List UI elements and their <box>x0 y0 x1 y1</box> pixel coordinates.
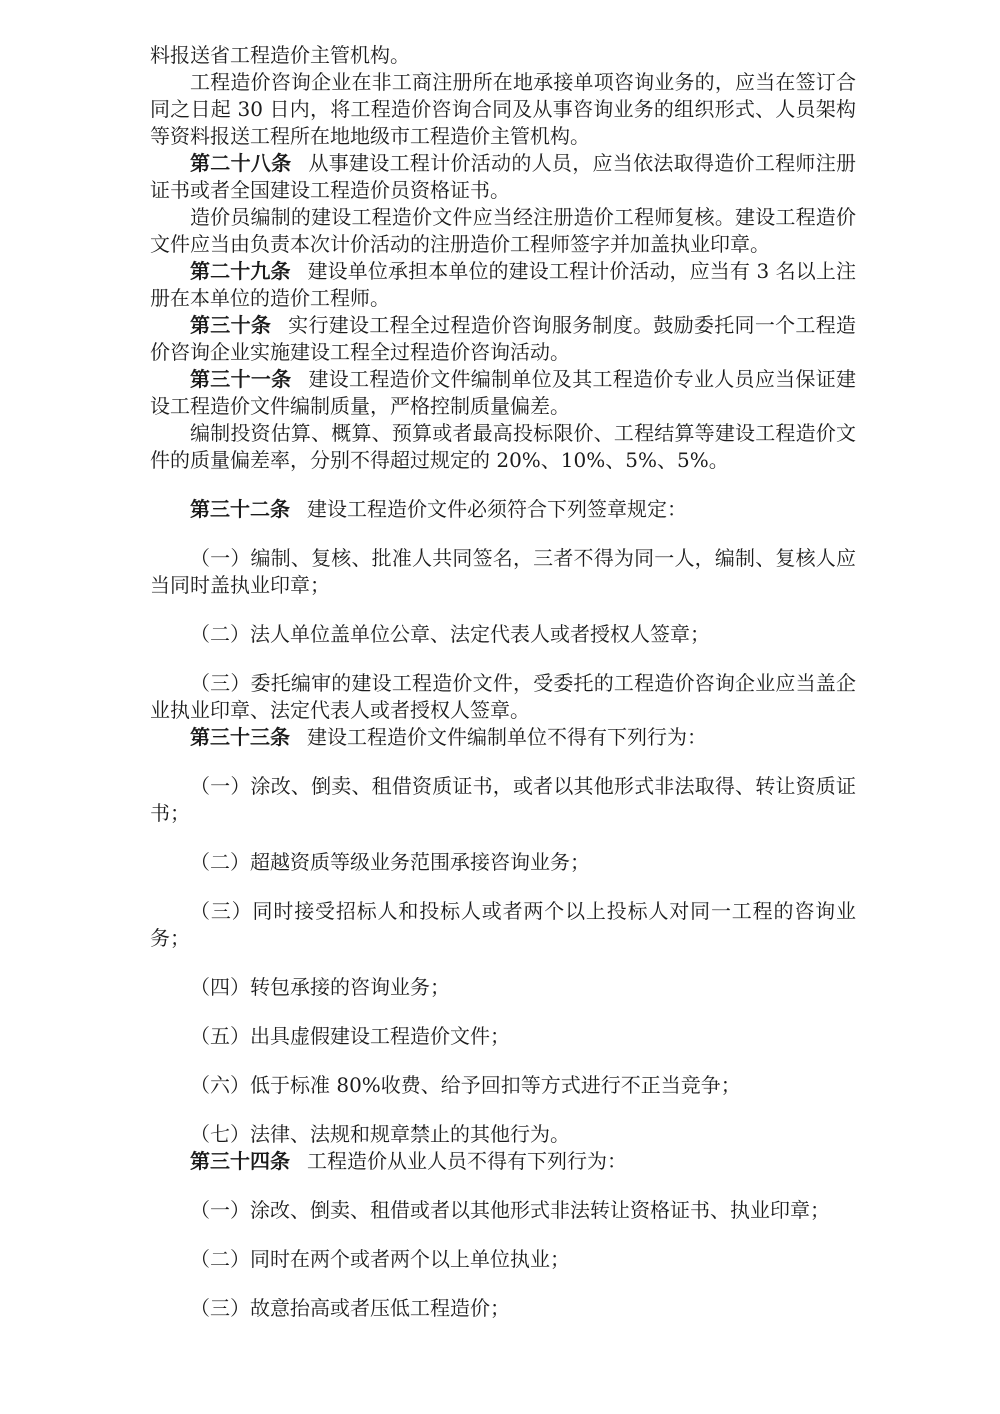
article-paragraph: 第二十九条建设单位承担本单位的建设工程计价活动，应当有 3 名以上注册在本单位的… <box>150 258 856 312</box>
article-paragraph: 第三十二条建设工程造价文件必须符合下列签章规定： <box>150 496 856 523</box>
paragraph: 编制投资估算、概算、预算或者最高投标限价、工程结算等建设工程造价文件的质量偏差率… <box>150 420 856 474</box>
paragraph: 造价员编制的建设工程造价文件应当经注册造价工程师复核。建设工程造价文件应当由负责… <box>150 204 856 258</box>
article-number-heading: 第三十条 <box>190 313 271 337</box>
paragraph: （三）同时接受招标人和投标人或者两个以上投标人对同一工程的咨询业务； <box>150 898 856 952</box>
paragraph: （一）涂改、倒卖、租借或者以其他形式非法转让资格证书、执业印章； <box>150 1197 856 1224</box>
paragraph: （三）故意抬高或者压低工程造价； <box>150 1295 856 1322</box>
article-paragraph: 第三十一条建设工程造价文件编制单位及其工程造价专业人员应当保证建设工程造价文件编… <box>150 366 856 420</box>
paragraph: （二）同时在两个或者两个以上单位执业； <box>150 1246 856 1273</box>
article-paragraph: 第二十八条从事建设工程计价活动的人员，应当依法取得造价工程师注册证书或者全国建设… <box>150 150 856 204</box>
paragraph: （四）转包承接的咨询业务； <box>150 974 856 1001</box>
paragraph: （二）超越资质等级业务范围承接咨询业务； <box>150 849 856 876</box>
article-number-heading: 第二十八条 <box>190 151 291 175</box>
paragraph: 工程造价咨询企业在非工商注册所在地承接单项咨询业务的，应当在签订合同之日起 30… <box>150 69 856 150</box>
article-number-heading: 第二十九条 <box>190 259 291 283</box>
paragraph: （六）低于标准 80%收费、给予回扣等方式进行不正当竞争； <box>150 1072 856 1099</box>
article-number-heading: 第三十二条 <box>190 497 290 521</box>
paragraph: （一）涂改、倒卖、租借资质证书，或者以其他形式非法取得、转让资质证书； <box>150 773 856 827</box>
paragraph: （一）编制、复核、批准人共同签名，三者不得为同一人，编制、复核人应当同时盖执业印… <box>150 545 856 599</box>
article-number-heading: 第三十三条 <box>190 725 290 749</box>
article-paragraph: 第三十四条工程造价从业人员不得有下列行为： <box>150 1148 856 1175</box>
document-page: 料报送省工程造价主管机构。工程造价咨询企业在非工商注册所在地承接单项咨询业务的，… <box>0 0 1000 1414</box>
paragraph: （二）法人单位盖单位公章、法定代表人或者授权人签章； <box>150 621 856 648</box>
paragraph: 料报送省工程造价主管机构。 <box>150 42 856 69</box>
article-number-heading: 第三十一条 <box>190 367 291 391</box>
paragraph: （五）出具虚假建设工程造价文件； <box>150 1023 856 1050</box>
article-number-heading: 第三十四条 <box>190 1149 290 1173</box>
paragraph: （三）委托编审的建设工程造价文件，受委托的工程造价咨询企业应当盖企业执业印章、法… <box>150 670 856 724</box>
paragraph: （七）法律、法规和规章禁止的其他行为。 <box>150 1121 856 1148</box>
article-paragraph: 第三十条实行建设工程全过程造价咨询服务制度。鼓励委托同一个工程造价咨询企业实施建… <box>150 312 856 366</box>
article-paragraph: 第三十三条建设工程造价文件编制单位不得有下列行为： <box>150 724 856 751</box>
